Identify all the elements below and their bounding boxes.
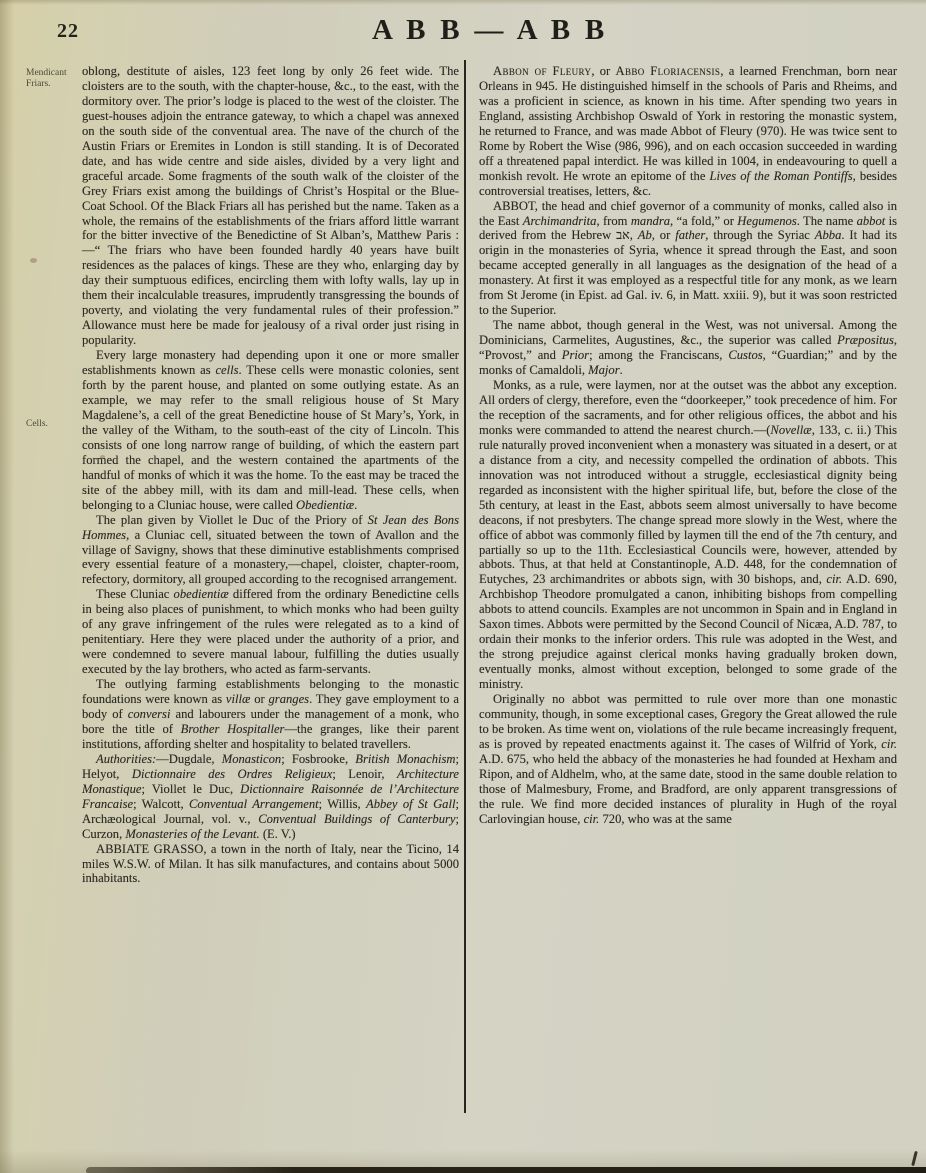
running-head: A B B — A B B [82,14,898,47]
paragraph: Monks, as a rule, were laymen, nor at th… [479,378,897,692]
body-text: ; Walcott, [133,797,189,811]
paragraph: The outlying farming establishments belo… [82,677,459,752]
page-number: 22 [57,20,79,43]
body-text: . The name [797,214,857,228]
body-text: The plan given by Viollet le Duc of the … [96,513,368,527]
paragraph: The name abbot, though general in the We… [479,318,897,378]
italic-text: father [675,228,705,242]
body-text: 720, who was at the same [599,812,732,826]
italic-text: Custos [728,348,762,362]
body-text: or [250,692,268,706]
italic-text: obedientiæ [174,587,229,601]
paragraph: Originally no abbot was permitted to rul… [479,692,897,827]
body-text: , or [652,228,675,242]
body-text: , a Cluniac cell, situated between the t… [82,528,459,587]
paragraph: Every large monastery had depending upon… [82,348,459,512]
smallcaps-text: Abbo Floriacensis [616,64,721,78]
page-corner-mark [911,1151,918,1166]
body-text: , a learned Frenchman, born near Orleans… [479,64,897,183]
book-page: 22 A B B — A B B Mendicant Friars. Cells… [0,0,926,1173]
paper-speck [30,258,37,263]
italic-text: Hegumenos [737,214,796,228]
body-text: —Dugdale, [156,752,222,766]
paragraph: Authorities:—Dugdale, Monasticon; Fosbro… [82,752,459,842]
page-gutter-shading [0,0,14,1173]
body-text: , 133, c. ii.) This rule naturally prove… [479,423,897,587]
paragraph: ABBOT, the head and chief governor of a … [479,199,897,319]
body-text: , “a fold,” or [670,214,737,228]
body-text: , from [596,214,630,228]
body-text: ABBIATE GRASSO, a town in the north of I… [82,842,459,886]
italic-text: Novellæ [770,423,811,437]
italic-text: Dictionnaire des Ordres Religieux [132,767,332,781]
italic-text: British Monachism [355,752,455,766]
italic-text: Conventual Buildings of Canterbury [258,812,455,826]
paragraph: ABBIATE GRASSO, a town in the north of I… [82,842,459,887]
body-text: ; Fosbrooke, [281,752,355,766]
paragraph: oblong, destitute of aisles, 123 feet lo… [82,64,459,348]
margin-note-mendicant-friars: Mendicant Friars. [26,68,80,90]
body-text: ; among the Franciscans, [589,348,728,362]
italic-text: cells [215,363,238,377]
italic-text: cir. [826,572,842,586]
body-text: ; Willis, [319,797,366,811]
body-text: oblong, destitute of aisles, 123 feet lo… [82,64,459,347]
body-text: , through the Syriac [705,228,814,242]
body-text: ; Viollet le Duc, [141,782,240,796]
italic-text: Prior [562,348,589,362]
body-text: ; Lenoir, [332,767,397,781]
paper-speck [100,455,105,459]
italic-text: abbot [857,214,886,228]
body-text: , or [591,64,615,78]
italic-text: Major [588,363,619,377]
italic-text: Conventual Arrangement [189,797,319,811]
italic-text: conversi [128,707,171,721]
body-text: These Cluniac [96,587,174,601]
italic-text: Præpositus [837,333,894,347]
body-text: . These cells were monastic colonies, se… [82,363,459,512]
italic-text: Abba [815,228,842,242]
italic-text: granges [269,692,310,706]
body-text: (E. V.) [260,827,296,841]
body-text: . [354,498,357,512]
left-column: oblong, destitute of aisles, 123 feet lo… [82,64,459,886]
italic-text: Lives of the Roman Pontiffs [710,169,853,183]
body-text: . [620,363,623,377]
paragraph: The plan given by Viollet le Duc of the … [82,513,459,588]
smallcaps-text: Abbon of Fleury [493,64,591,78]
italic-text: mandra [631,214,670,228]
body-text: The name abbot, though general in the We… [479,318,897,347]
right-column: Abbon of Fleury, or Abbo Floriacensis, a… [479,64,897,827]
italic-text: villæ [226,692,251,706]
paragraph: Abbon of Fleury, or Abbo Floriacensis, a… [479,64,897,199]
page-edge-shadow [86,1167,926,1173]
italic-text: Archimandrita [523,214,597,228]
body-text: A.D. 690, Archbishop Theodore promulgate… [479,572,897,691]
italic-text: cir. [881,737,897,751]
italic-text: Ab [638,228,652,242]
italic-text: Authorities: [96,752,156,766]
italic-text: Monasteries of the Levant. [125,827,259,841]
italic-text: Abbey of St Gall [366,797,455,811]
paragraph: These Cluniac obedientiæ differed from t… [82,587,459,677]
italic-text: Brother Hospitaller [181,722,285,736]
margin-note-cells: Cells. [26,419,80,430]
italic-text: Monasticon [222,752,281,766]
body-text: Originally no abbot was permitted to rul… [479,692,897,751]
italic-text: Obedientiæ [296,498,354,512]
italic-text: cir. [584,812,600,826]
column-divider [464,60,466,1113]
